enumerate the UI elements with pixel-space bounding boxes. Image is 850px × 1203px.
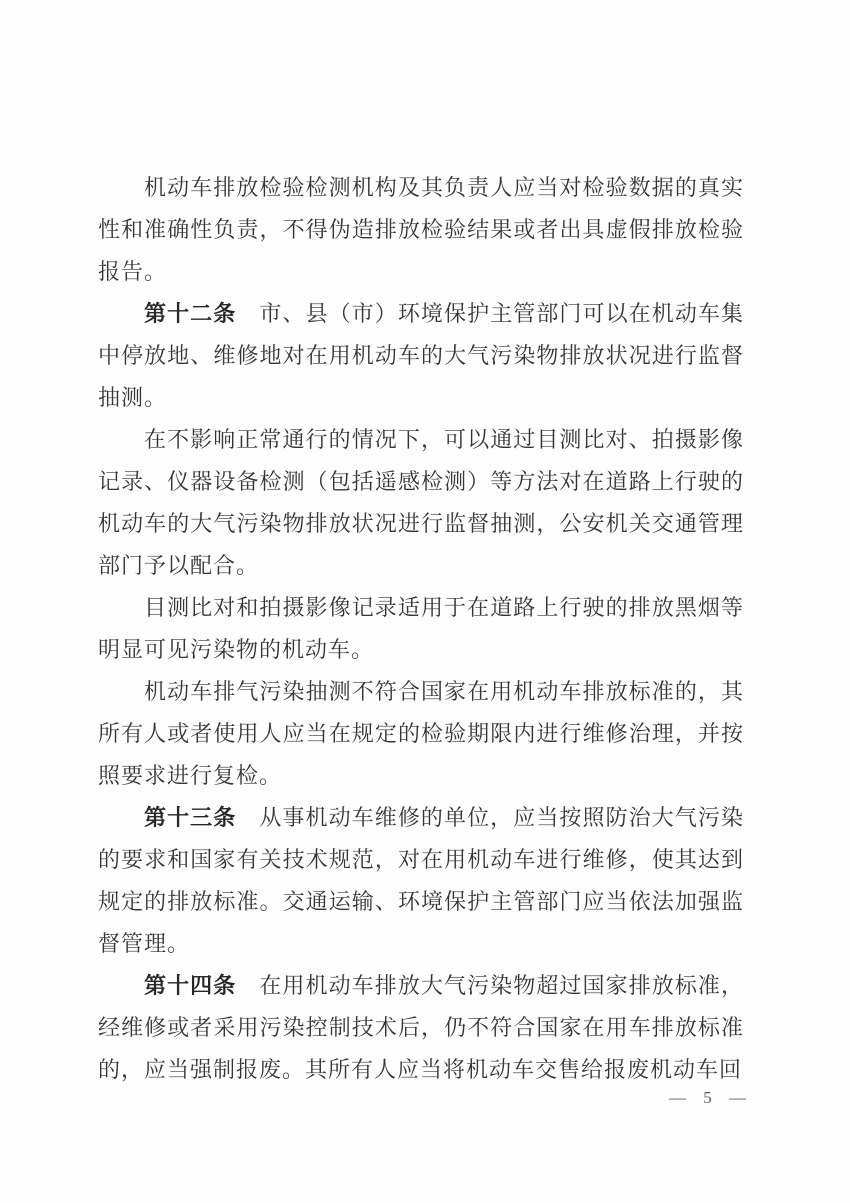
article-number: 第十二条: [144, 301, 236, 326]
page-number: — 5 —: [98, 1088, 748, 1108]
paragraph: 在不影响正常通行的情况下，可以通过目测比对、拍摄影像记录、仪器设备检测（包括遥感…: [98, 419, 744, 587]
paragraph-text: 机动车排气污染抽测不符合国家在用机动车排放标准的，其所有人或者使用人应当在规定的…: [98, 679, 744, 788]
paragraph: 机动车排气污染抽测不符合国家在用机动车排放标准的，其所有人或者使用人应当在规定的…: [98, 671, 744, 797]
paragraph: 机动车排放检验检测机构及其负责人应当对检验数据的真实性和准确性负责，不得伪造排放…: [98, 167, 744, 293]
article-number: 第十四条: [144, 973, 236, 998]
document-body: 机动车排放检验检测机构及其负责人应当对检验数据的真实性和准确性负责，不得伪造排放…: [98, 167, 744, 1091]
paragraph: 第十四条在用机动车排放大气污染物超过国家排放标准，经维修或者采用污染控制技术后，…: [98, 965, 744, 1091]
paragraph: 目测比对和拍摄影像记录适用于在道路上行驶的排放黑烟等明显可见污染物的机动车。: [98, 587, 744, 671]
paragraph-text: 机动车排放检验检测机构及其负责人应当对检验数据的真实性和准确性负责，不得伪造排放…: [98, 175, 744, 284]
document-page: 机动车排放检验检测机构及其负责人应当对检验数据的真实性和准确性负责，不得伪造排放…: [0, 0, 850, 1203]
paragraph-text: 在不影响正常通行的情况下，可以通过目测比对、拍摄影像记录、仪器设备检测（包括遥感…: [98, 427, 744, 578]
paragraph-text: 目测比对和拍摄影像记录适用于在道路上行驶的排放黑烟等明显可见污染物的机动车。: [98, 595, 744, 662]
paragraph: 第十三条从事机动车维修的单位，应当按照防治大气污染的要求和国家有关技术规范，对在…: [98, 797, 744, 965]
paragraph: 第十二条市、县（市）环境保护主管部门可以在机动车集中停放地、维修地对在用机动车的…: [98, 293, 744, 419]
article-number: 第十三条: [144, 805, 236, 830]
